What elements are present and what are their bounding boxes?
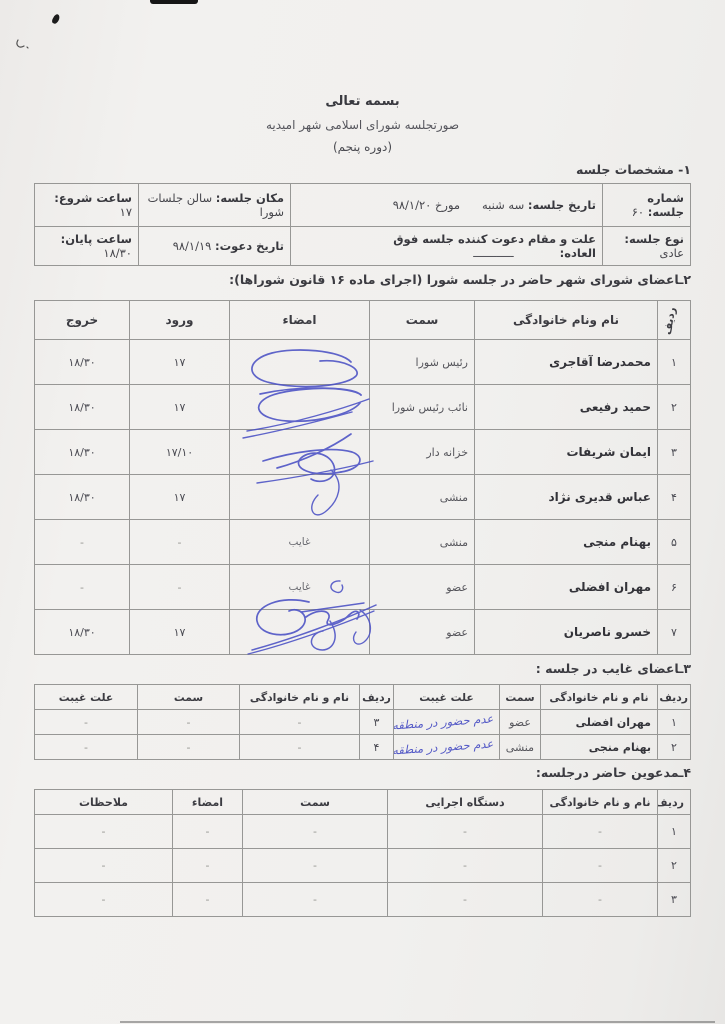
- handwritten-reason: عدم حضور در منطقه: [394, 710, 500, 735]
- col-position: سمت: [243, 790, 388, 815]
- signature-cell: [230, 475, 370, 520]
- table-row: ۲ بهنام منجی منشی عدم حضور در منطقه ۴ - …: [35, 735, 691, 760]
- scanned-meeting-minutes-page: بسمه تعالی صورتجلسه شورای اسلامی شهر امی…: [0, 0, 725, 1024]
- table-row: نوع جلسه: عادی علت و مقام دعوت کننده جلس…: [35, 227, 691, 266]
- table-row: ۲ - - - - -: [35, 849, 691, 883]
- scan-edge-artifact: [150, 0, 198, 4]
- table-row: ۱ محمدرضا آقاجری رئیس شورا ۱۷ ۱۸/۳۰: [35, 340, 691, 385]
- col-row-number: ردیف: [360, 685, 394, 710]
- session-location-cell: مکان جلسه: سالن جلسات شورا: [139, 184, 291, 227]
- col-fullname: نام ونام خانوادگی: [475, 301, 658, 340]
- table-row: ۱ - - - - -: [35, 815, 691, 849]
- col-absence-reason: علت غیبت: [394, 685, 500, 710]
- ink-speck-marks: [17, 40, 28, 48]
- signature-cell: [230, 610, 370, 655]
- present-members-table: ردیف نام ونام خانوادگی سمت امضاء ورود خر…: [34, 300, 691, 655]
- col-executive-agency: دستگاه اجرایی: [388, 790, 543, 815]
- table-row: ۱ مهران افضلی عضو عدم حضور در منطقه ۳ - …: [35, 710, 691, 735]
- col-signature: امضاء: [173, 790, 243, 815]
- ink-speck: [51, 13, 61, 25]
- table-row: ۲ حمید رفیعی نائب رئیس شورا ۱۷ ۱۸/۳۰: [35, 385, 691, 430]
- col-position: سمت: [138, 685, 240, 710]
- session-type-cell: نوع جلسه: عادی: [603, 227, 691, 266]
- bismillah-line: بسمه تعالی: [0, 94, 725, 109]
- section3-title: ۳ـاعضای غایب در جلسه :: [536, 661, 691, 676]
- handwritten-reason: عدم حضور در منطقه: [394, 735, 500, 760]
- col-signature: امضاء: [230, 301, 370, 340]
- col-fullname: نام و نام خانوادگی: [543, 790, 658, 815]
- invite-date-cell: تاریخ دعوت: ۹۸/۱/۱۹: [139, 227, 291, 266]
- table-row: ۳ ایمان شریفات خزانه دار ۱۷/۱۰ ۱۸/۳۰: [35, 430, 691, 475]
- session-number-cell: شماره جلسه: ۶۰: [603, 184, 691, 227]
- start-time-cell: ساعت شروع: ۱۷: [35, 184, 139, 227]
- col-fullname: نام و نام خانوادگی: [541, 685, 658, 710]
- col-notes: ملاحظات: [35, 790, 173, 815]
- table-row: ۳ - - - - -: [35, 883, 691, 917]
- document-header: بسمه تعالی صورتجلسه شورای اسلامی شهر امی…: [0, 94, 725, 154]
- col-row-number: ردیف: [658, 790, 691, 815]
- end-time-cell: ساعت پایان: ۱۸/۳۰: [35, 227, 139, 266]
- table-header-row: ردیف نام و نام خانوادگی دستگاه اجرایی سم…: [35, 790, 691, 815]
- signature-cell: [230, 430, 370, 475]
- table-row: ۷ خسرو ناصریان عضو ۱۷ ۱۸/۳۰: [35, 610, 691, 655]
- extra-session-reason-cell: علت و مقام دعوت کننده جلسه فوق العاده:ــ…: [291, 227, 603, 266]
- col-arrival: ورود: [130, 301, 230, 340]
- table-header-row: ردیف نام ونام خانوادگی سمت امضاء ورود خر…: [35, 301, 691, 340]
- session-date-cell: تاریخ جلسه: سه شنبه مورخ ۹۸/۱/۲۰: [291, 184, 603, 227]
- section1-title: ۱- مشخصات جلسه: [576, 162, 691, 177]
- col-fullname: نام و نام خانوادگی: [240, 685, 360, 710]
- council-term: (دوره پنجم): [0, 140, 725, 154]
- col-position: سمت: [500, 685, 541, 710]
- absent-label: غایب: [230, 520, 370, 565]
- absent-label: غایب: [230, 565, 370, 610]
- table-row: ۴ عباس قدیری نژاد منشی ۱۷ ۱۸/۳۰: [35, 475, 691, 520]
- col-row-number: ردیف: [658, 685, 691, 710]
- meeting-specs-table: شماره جلسه: ۶۰ تاریخ جلسه: سه شنبه مورخ …: [34, 183, 691, 266]
- section2-title: ۲ـاعضای شورای شهر حاضر در جلسه شورا (اجر…: [229, 272, 691, 287]
- blank-dash: ــــــــــــ: [473, 246, 513, 260]
- absent-members-table: ردیف نام و نام خانوادگی سمت علت غیبت ردی…: [34, 684, 691, 760]
- table-row: ۵ بهنام منجی منشی غایب - -: [35, 520, 691, 565]
- table-row: ۶ مهران افضلی عضو غایب - -: [35, 565, 691, 610]
- col-position: سمت: [370, 301, 475, 340]
- col-row-number: ردیف: [658, 301, 691, 340]
- invited-guests-table: ردیف نام و نام خانوادگی دستگاه اجرایی سم…: [34, 789, 691, 917]
- signature-cell: [230, 385, 370, 430]
- table-header-row: ردیف نام و نام خانوادگی سمت علت غیبت ردی…: [35, 685, 691, 710]
- document-title: صورتجلسه شورای اسلامی شهر امیدیه: [0, 118, 725, 132]
- col-departure: خروج: [35, 301, 130, 340]
- col-absence-reason: علت غیبت: [35, 685, 138, 710]
- section4-title: ۴ـمدعوین حاضر درجلسه:: [536, 765, 691, 780]
- table-row: شماره جلسه: ۶۰ تاریخ جلسه: سه شنبه مورخ …: [35, 184, 691, 227]
- signature-cell: [230, 340, 370, 385]
